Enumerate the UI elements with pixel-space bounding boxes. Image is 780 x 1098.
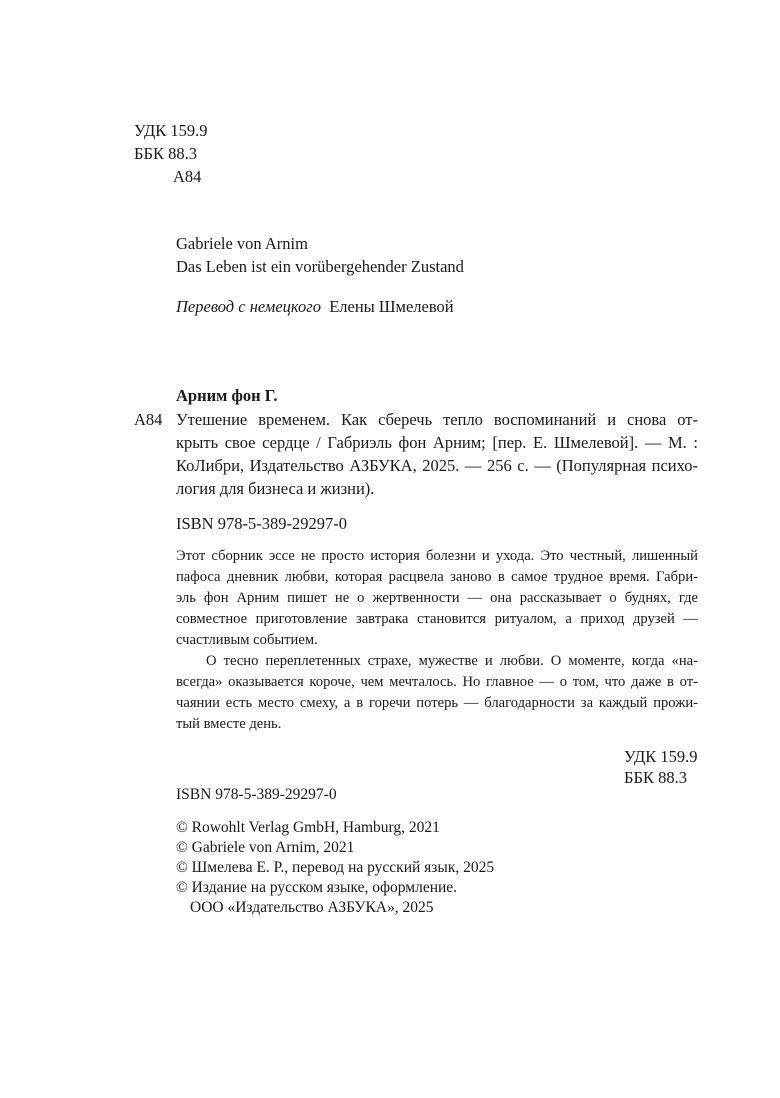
copyright-line: © Издание на русском языке, оформление. <box>176 878 457 898</box>
annotation-line: О тесно переплетенных страхе, мужестве и… <box>176 651 698 672</box>
annotation-line: эль фон Арним пишет не о жертвенности — … <box>176 588 698 609</box>
udk-code-bottom: УДК 159.9 <box>624 747 698 767</box>
catalog-line: крыть свое сердце / Габриэль фон Арним; … <box>176 433 698 453</box>
author-mark-top: А84 <box>173 167 201 187</box>
copyright-line: © Шмелева Е. Р., перевод на русский язык… <box>176 858 494 878</box>
copyright-line: © Rowohlt Verlag GmbH, Hamburg, 2021 <box>176 818 440 838</box>
catalog-heading: Арним фон Г. <box>176 386 278 406</box>
original-author: Gabriele von Arnim <box>176 234 308 254</box>
bbk-code-bottom: ББК 88.3 <box>624 768 687 788</box>
annotation-line: счастливым событием. <box>176 630 698 651</box>
catalog-line: КоЛибри, Издательство АЗБУКА, 2025. — 25… <box>176 456 698 476</box>
annotation-line: совместное приготовление завтрака станов… <box>176 609 698 630</box>
original-title: Das Leben ist ein vorübergehender Zustan… <box>176 257 464 277</box>
translation-label: Перевод с немецкого <box>176 297 321 316</box>
translation-credit: Перевод с немецкого Елены Шмелевой <box>176 297 454 317</box>
catalog-author-mark: А84 <box>134 410 162 430</box>
annotation-line: чаянии есть место смеху, а в горечи поте… <box>176 693 698 714</box>
catalog-line: логия для бизнеса и жизни). <box>176 479 698 499</box>
catalog-isbn: ISBN 978-5-389-29297-0 <box>176 514 347 534</box>
translator-name: Елены Шмелевой <box>329 297 453 316</box>
bbk-code-top: ББК 88.3 <box>134 144 197 164</box>
footer-isbn: ISBN 978-5-389-29297-0 <box>176 785 337 805</box>
copyright-line: ООО «Издательство АЗБУКА», 2025 <box>190 898 434 918</box>
annotation-line: пафоса дневник любви, которая расцвела з… <box>176 567 698 588</box>
annotation-line: всегда» оказывается короче, чем мечталос… <box>176 672 698 693</box>
udk-code-top: УДК 159.9 <box>134 121 208 141</box>
copyright-line: © Gabriele von Arnim, 2021 <box>176 838 354 858</box>
catalog-line: Утешение временем. Как сберечь тепло вос… <box>176 410 698 430</box>
annotation-line: Этот сборник эссе не просто история боле… <box>176 546 698 567</box>
annotation-line: тый вместе день. <box>176 714 698 735</box>
